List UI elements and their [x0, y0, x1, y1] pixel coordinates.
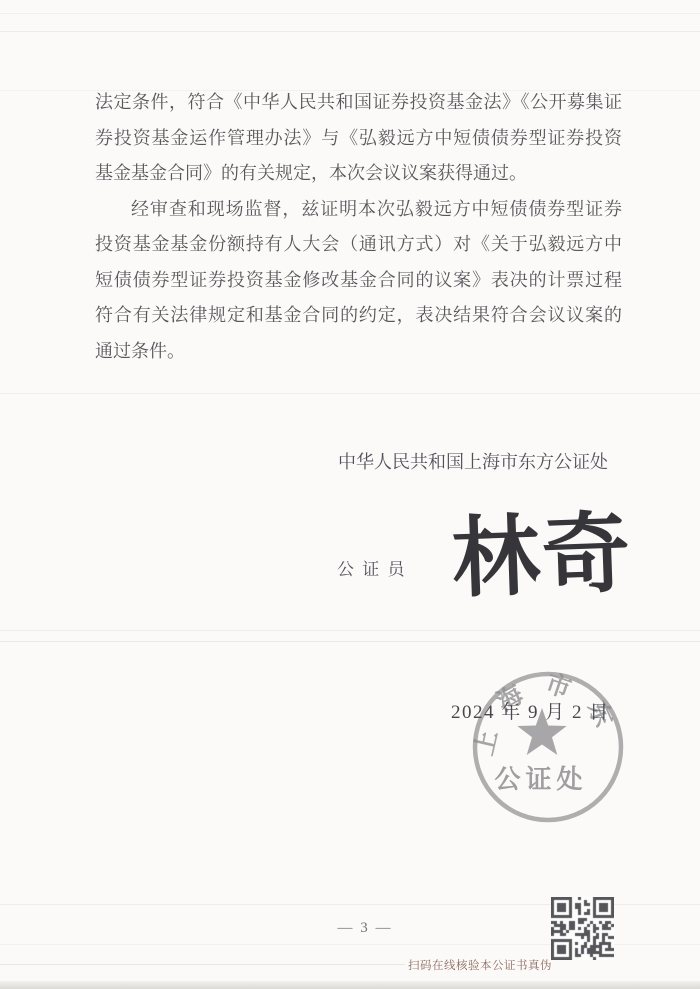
- body-line: 符合有关法律规定和基金合同的约定，表决结果符合会议议案的: [95, 298, 622, 334]
- body-line: 通过条件。: [95, 334, 622, 370]
- body-line: 券投资基金运作管理办法》与《弘毅远方中短债债券型证券投资: [95, 121, 622, 157]
- scan-bottom-edge: [0, 981, 700, 989]
- scan-artifact-line: [0, 964, 405, 965]
- scan-artifact-line: [0, 630, 700, 631]
- notary-signature-handwriting: 林奇: [450, 507, 633, 610]
- scan-artifact-line: [0, 31, 700, 32]
- body-line: 经审查和现场监督，兹证明本次弘毅远方中短债债券型证券: [95, 192, 622, 228]
- scan-artifact-line: [0, 393, 700, 394]
- body-line: 基金基金合同》的有关规定，本次会议议案获得通过。: [95, 156, 622, 192]
- notary-office-name: 中华人民共和国上海市东方公证处: [338, 448, 608, 474]
- seal-bottom-text: 公证处: [494, 765, 587, 794]
- official-round-seal: 上海市东方 公证处: [463, 662, 633, 832]
- notary-title-label: 公 证 员: [337, 555, 407, 580]
- page-number: — 3 —: [320, 920, 410, 937]
- notarization-date: 2024 年 9 月 2 日: [451, 697, 610, 724]
- scan-artifact-line: [0, 641, 700, 642]
- qr-verify-caption: 扫码在线核验本公证书真伪: [408, 957, 552, 973]
- body-line: 短债债券型证券投资基金修改基金合同的议案》表决的计票过程: [95, 263, 622, 299]
- body-line: 法定条件，符合《中华人民共和国证券投资基金法》《公开募集证: [95, 85, 622, 121]
- body-line: 投资基金基金份额持有人大会（通讯方式）对《关于弘毅远方中: [95, 227, 622, 263]
- qr-code: [551, 897, 614, 960]
- scan-artifact-line: [0, 13, 700, 14]
- notarial-certificate-page: 法定条件，符合《中华人民共和国证券投资基金法》《公开募集证 券投资基金运作管理办…: [0, 0, 700, 989]
- document-body: 法定条件，符合《中华人民共和国证券投资基金法》《公开募集证 券投资基金运作管理办…: [95, 85, 622, 369]
